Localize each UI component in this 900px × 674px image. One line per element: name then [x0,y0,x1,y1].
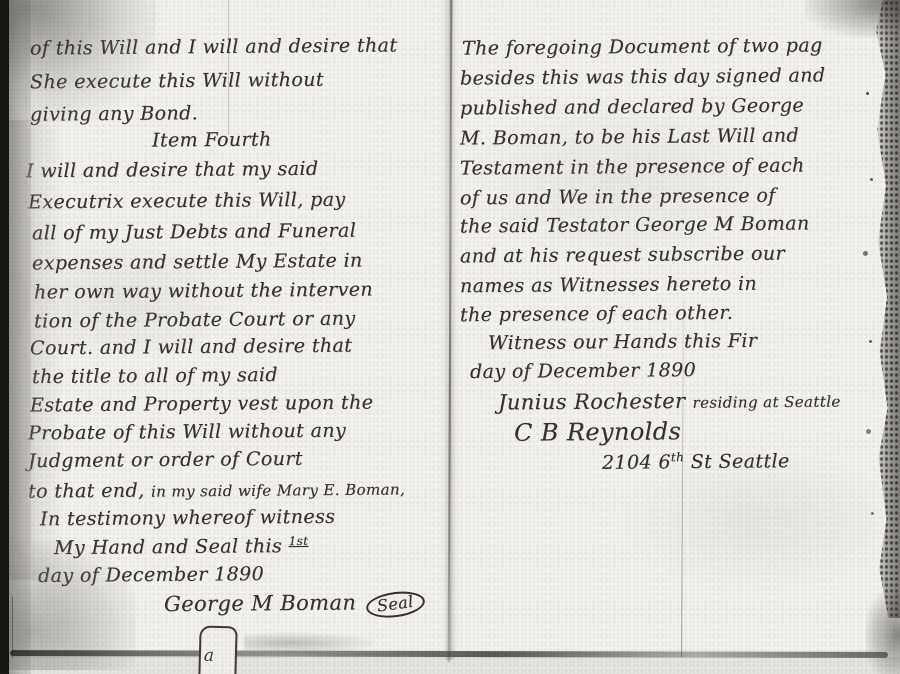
ink-specks [866,92,869,95]
manuscript-line: Estate and Property vest upon the [30,392,373,417]
manuscript-line: published and declared by George [460,94,804,119]
manuscript-line: besides this was this day signed and [460,64,826,89]
manuscript-line: The foregoing Document of two pag [462,34,823,59]
manuscript-line: In testimony whereof witness [40,506,336,531]
manuscript-line: tion of the Probate Court or any [34,308,356,333]
manuscript-line: the title to all of my said [32,364,278,388]
manuscript-line: to that end, in my said wife Mary E. Bom… [28,477,405,502]
manuscript-line: day of December 1890 [38,563,264,587]
manuscript-line: the presence of each other. [460,302,733,326]
signature-junius-rochester: Junius Rochester residing at Seattle [498,388,841,415]
manuscript-line: Judgment or order of Court [28,448,303,472]
manuscript-line-item-fourth: Item Fourth [152,128,272,151]
manuscript-line: day of December 1890 [470,359,696,383]
paper-tab: a [198,626,237,674]
manuscript-line: My Hand and Seal this 1st [54,534,309,559]
will-page-right: The foregoing Document of two pag beside… [452,0,900,660]
manuscript-line: She execute this Will without [30,69,324,94]
seal-mark: Seal [365,588,426,620]
tab-letter: a [204,646,215,666]
manuscript-line: and at his request subscribe our [460,243,785,268]
manuscript-line: Probate of this Will without any [28,420,346,445]
manuscript-line: Court. and I will and desire that [30,335,352,360]
manuscript-line: the said Testator George M Boman [460,212,810,237]
manuscript-line: names as Witnesses hereto in [460,273,757,298]
manuscript-line: Executrix execute this Will, pay [28,189,346,214]
manuscript-line: I will and desire that my said [26,158,319,183]
manuscript-line: Witness our Hands this Fir [488,330,757,354]
paper-crease [228,0,229,135]
manuscript-line: all of my Just Debts and Funeral [32,220,356,245]
witness-address: 2104 6th St Seattle [602,449,790,474]
will-page-left: of this Will and I will and desire that … [14,0,448,660]
scan-margin-left [9,0,31,674]
manuscript-line: of this Will and I will and desire that [30,34,398,59]
scan-margin-bottom [0,657,900,674]
manuscript-line: her own way without the interven [34,279,373,304]
signature-george-m-boman: George M BomanSeal [164,590,425,619]
page-corner-edge [12,596,13,658]
scanned-will-document: of this Will and I will and desire that … [0,0,900,674]
signature-cb-reynolds: C B Reynolds [514,417,681,446]
manuscript-line: expenses and settle My Estate in [32,250,363,275]
manuscript-line: Testament in the presence of each [460,154,805,179]
manuscript-line: M. Boman, to be his Last Will and [460,125,799,150]
manuscript-line: of us and We in the presence of [460,185,776,210]
manuscript-line: giving any Bond. [30,102,198,125]
scan-edge-left [0,0,9,674]
